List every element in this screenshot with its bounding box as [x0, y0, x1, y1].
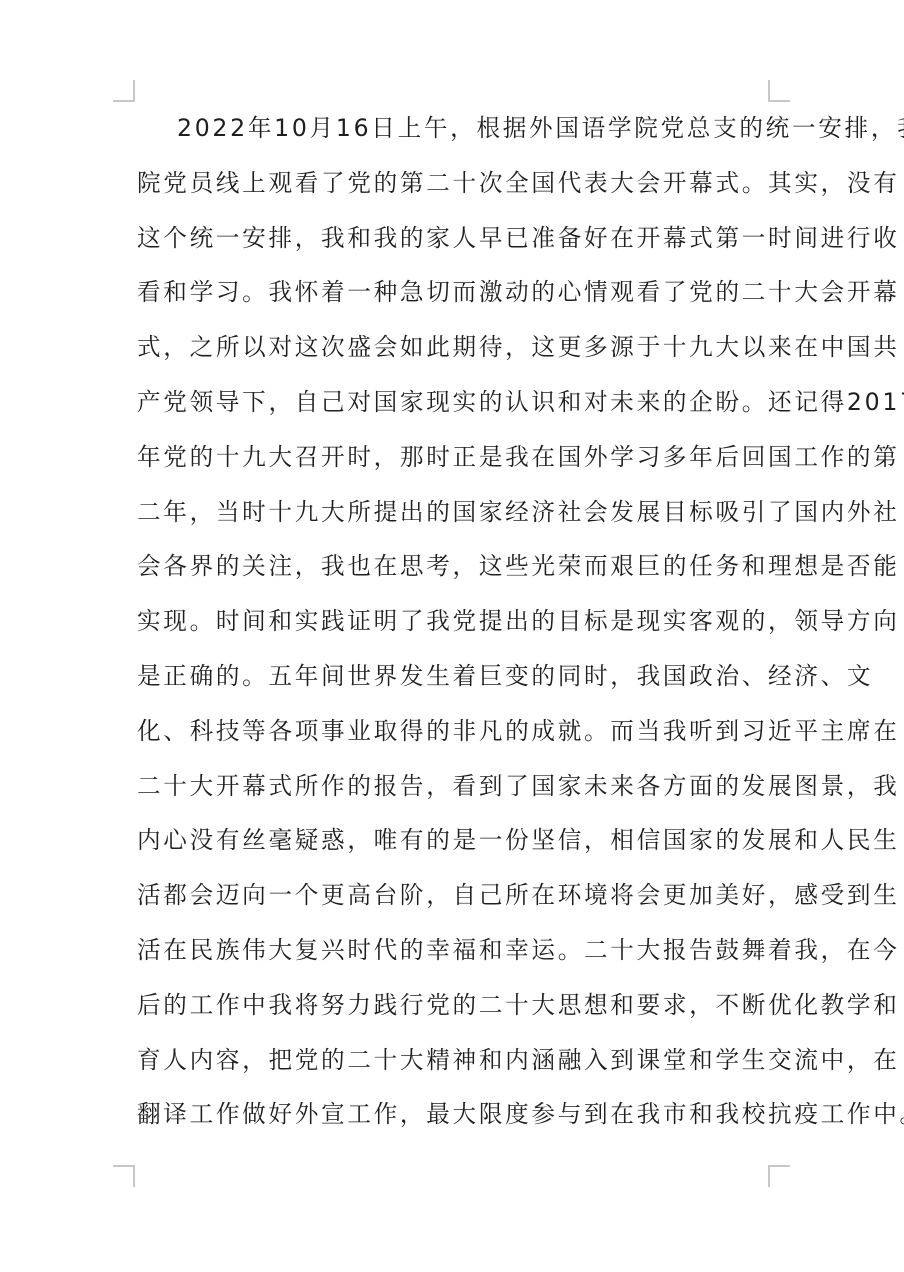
paragraph-line: 二十大开幕式所作的报告，看到了国家未来各方面的发展图景，我: [137, 766, 777, 821]
corner-mark-top-left: [113, 80, 135, 102]
paragraph-line: 年党的十九大召开时，那时正是我在国外学习多年后回国工作的第: [137, 437, 777, 492]
paragraph-line: 二年，当时十九大所提出的国家经济社会发展目标吸引了国内外社: [137, 492, 777, 547]
paragraph-line: 化、科技等各项事业取得的非凡的成就。而当我听到习近平主席在: [137, 711, 777, 766]
paragraph-line: 翻译工作做好外宣工作，最大限度参与到在我市和我校抗疫工作中。: [137, 1094, 777, 1149]
paragraph-line: 会各界的关注，我也在思考，这些光荣而艰巨的任务和理想是否能: [137, 546, 777, 601]
body-paragraph: 2022年10月16日上午，根据外国语学院党总支的统一安排，我 院党员线上观看了…: [137, 108, 777, 1149]
paragraph-line: 是正确的。五年间世界发生着巨变的同时，我国政治、经济、文: [137, 656, 777, 711]
paragraph-line: 后的工作中我将努力践行党的二十大思想和要求，不断优化教学和: [137, 985, 777, 1040]
paragraph-line: 2022年10月16日上午，根据外国语学院党总支的统一安排，我: [137, 108, 777, 163]
paragraph-line: 活在民族伟大复兴时代的幸福和幸运。二十大报告鼓舞着我，在今: [137, 930, 777, 985]
paragraph-line: 内心没有丝毫疑惑，唯有的是一份坚信，相信国家的发展和人民生: [137, 820, 777, 875]
paragraph-line: 产党领导下，自己对国家现实的认识和对未来的企盼。还记得2017: [137, 382, 777, 437]
paragraph-line: 院党员线上观看了党的第二十次全国代表大会开幕式。其实，没有: [137, 163, 777, 218]
paragraph-line: 育人内容，把党的二十大精神和内涵融入到课堂和学生交流中，在: [137, 1040, 777, 1095]
paragraph-line: 这个统一安排，我和我的家人早已准备好在开幕式第一时间进行收: [137, 218, 777, 273]
paragraph-line: 式，之所以对这次盛会如此期待，这更多源于十九大以来在中国共: [137, 327, 777, 382]
paragraph-line: 活都会迈向一个更高台阶，自己所在环境将会更加美好，感受到生: [137, 875, 777, 930]
paragraph-line: 实现。时间和实践证明了我党提出的目标是现实客观的，领导方向: [137, 601, 777, 656]
document-page: 2022年10月16日上午，根据外国语学院党总支的统一安排，我 院党员线上观看了…: [0, 0, 904, 1272]
paragraph-line: 看和学习。我怀着一种急切而激动的心情观看了党的二十大会开幕: [137, 272, 777, 327]
corner-mark-top-right: [768, 80, 790, 102]
corner-mark-bottom-left: [113, 1165, 135, 1187]
corner-mark-bottom-right: [768, 1165, 790, 1187]
